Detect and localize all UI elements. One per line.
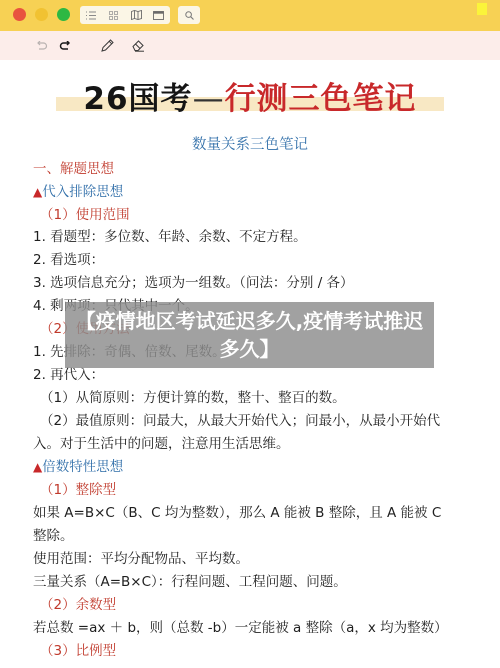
title-part-black: 26国考 xyxy=(83,81,192,117)
text-line: 1. 看题型：多位数、年龄、余数、不定方程。 xyxy=(33,227,307,247)
map-view-button[interactable] xyxy=(125,6,148,24)
highlight-marker xyxy=(477,3,487,15)
pen-tool-button[interactable] xyxy=(99,37,115,53)
text-line: 若总数 =ax ＋ b，则（总数 -b）一定能被 a 整除（a，x 均为整数） xyxy=(33,618,448,638)
undo-icon xyxy=(37,41,48,50)
text-line: 如果 A=B×C（B、C 均为整数），那么 A 能被 B 整除，且 A 能被 C xyxy=(33,503,441,523)
text-line: （2）最值原则：问最大，从最大开始代入；问最小，从最小开始代 xyxy=(40,411,440,431)
window-view-button[interactable] xyxy=(148,6,171,24)
map-icon xyxy=(131,10,142,20)
list-view-button[interactable] xyxy=(80,6,103,24)
sub-heading: （1）整除型 xyxy=(40,480,116,500)
eraser-icon xyxy=(131,39,145,52)
view-switcher xyxy=(80,6,170,24)
text-line: 2. 看选项： xyxy=(33,250,104,270)
redo-button[interactable] xyxy=(56,37,72,53)
search-button-inner xyxy=(178,6,200,24)
text-line: 使用范围：平均分配物品、平均数。 xyxy=(33,549,249,569)
text-line: 2. 再代入： xyxy=(33,365,104,385)
triangle-bullet-icon: ▲ xyxy=(33,460,42,474)
window-icon xyxy=(153,11,164,20)
text-line: 三量关系（A=B×C）：行程问题、工程问题、问题。 xyxy=(33,572,347,592)
grid-icon xyxy=(109,11,118,20)
subsection-label: 代入排除思想 xyxy=(42,184,123,200)
list-icon xyxy=(86,11,96,20)
subsection-heading: ▲倍数特性思想 xyxy=(33,457,123,477)
window-titlebar xyxy=(0,0,500,31)
text-line: 整除。 xyxy=(33,526,74,546)
grid-view-button[interactable] xyxy=(103,6,126,24)
pencil-icon xyxy=(101,39,114,52)
text-line: 入。对于生活中的问题，注意用生活思维。 xyxy=(33,434,290,454)
text-line: 3. 选项信息充分；选项为一组数。（问法：分别 / 各） xyxy=(33,273,354,293)
undo-button[interactable] xyxy=(34,37,50,53)
sub-heading: （1）使用范围 xyxy=(40,205,130,225)
title-part-red: 行测三色笔记 xyxy=(225,81,417,117)
section-heading: 一、解题思想 xyxy=(33,159,114,179)
subsection-heading: ▲代入排除思想 xyxy=(33,182,123,202)
redo-icon xyxy=(59,41,70,50)
triangle-bullet-icon: ▲ xyxy=(33,185,42,199)
text-line: （1）从简原则：方便计算的数，整十、整百的数。 xyxy=(40,388,346,408)
caption-text: 【疫情地区考试延迟多久,疫情考试推迟多久】 xyxy=(65,307,434,363)
search-button[interactable] xyxy=(178,6,200,24)
search-icon xyxy=(185,11,194,20)
maximize-button[interactable] xyxy=(57,8,70,21)
title-dash: — xyxy=(193,81,225,117)
caption-overlay: 【疫情地区考试延迟多久,疫情考试推迟多久】 xyxy=(65,302,434,368)
eraser-tool-button[interactable] xyxy=(130,37,146,53)
minimize-button[interactable] xyxy=(35,8,48,21)
sub-heading: （2）余数型 xyxy=(40,595,116,615)
document-title: 26国考—行测三色笔记 xyxy=(0,77,500,122)
subsection-label: 倍数特性思想 xyxy=(42,459,123,475)
title-text: 26国考—行测三色笔记 xyxy=(0,77,500,121)
close-button[interactable] xyxy=(13,8,26,21)
sub-heading: （3）比例型 xyxy=(40,641,116,661)
document-subtitle: 数量关系三色笔记 xyxy=(0,135,500,155)
edit-toolbar xyxy=(0,31,500,60)
